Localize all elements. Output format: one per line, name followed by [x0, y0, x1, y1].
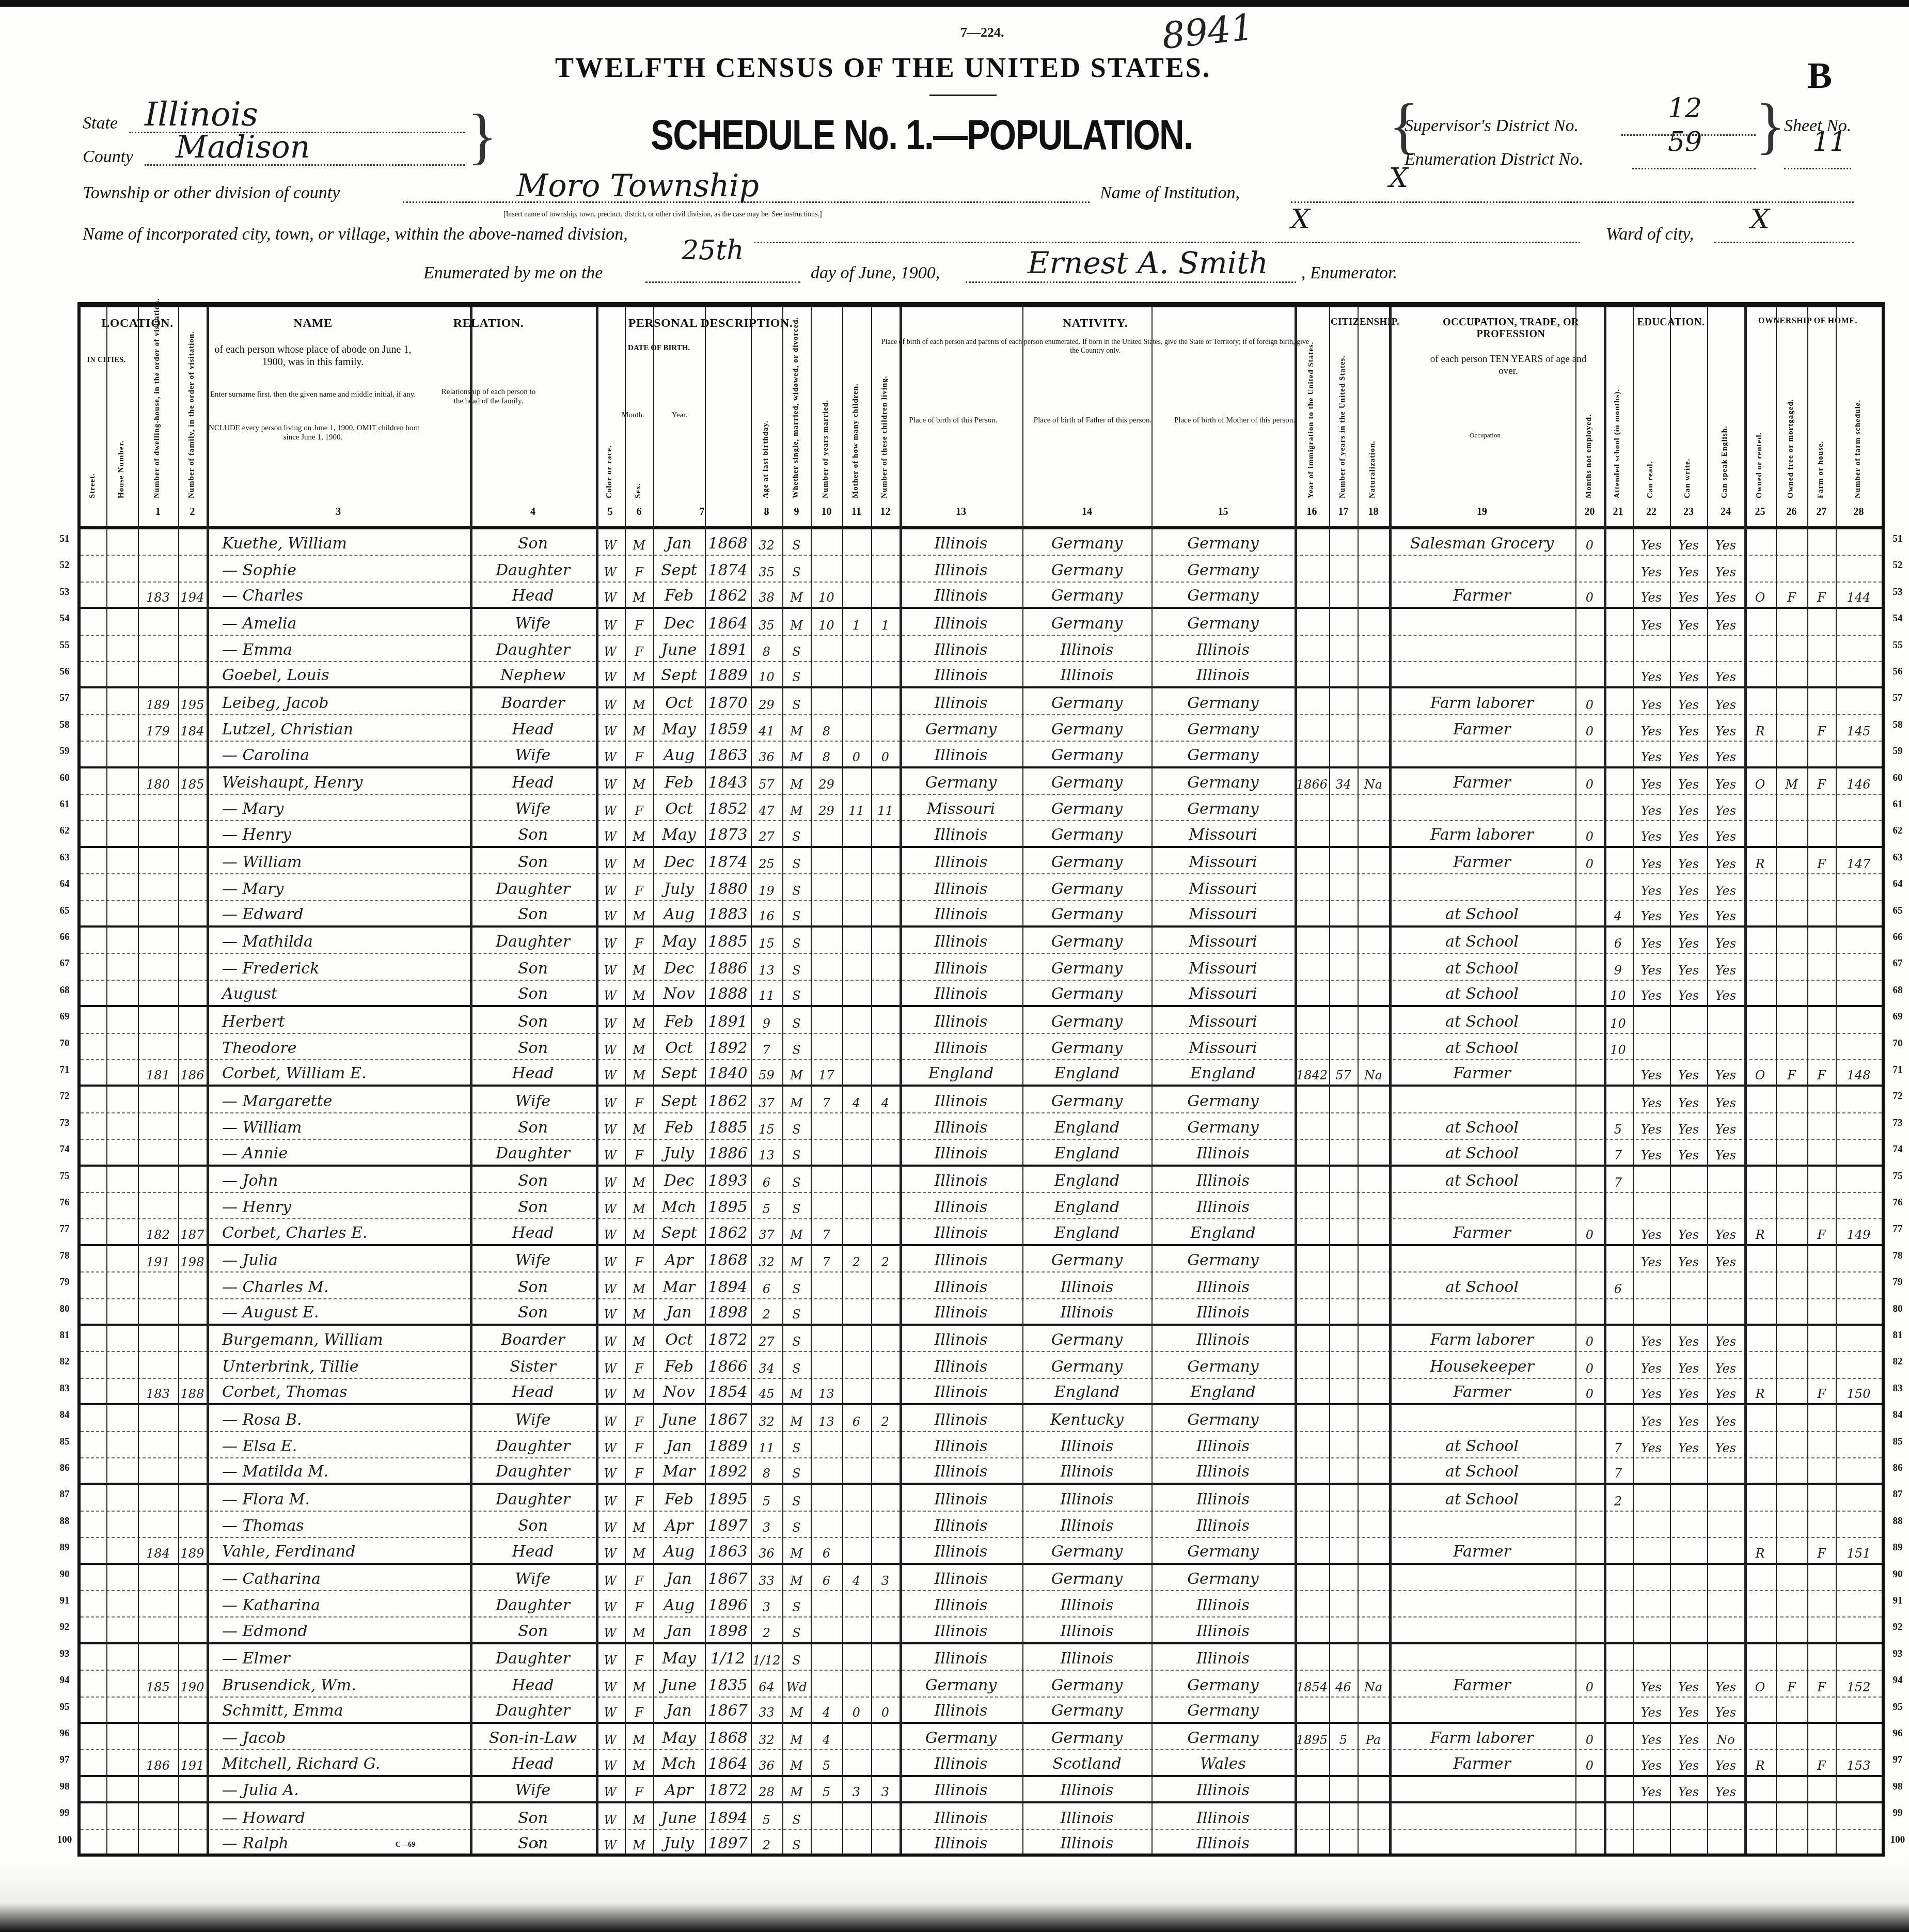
column-divider	[1633, 307, 1634, 1854]
cell-imm	[1295, 1591, 1329, 1616]
cell-age: 5	[751, 1193, 782, 1218]
cell-cl	[871, 1512, 900, 1537]
cell-pobm: Missouri	[1151, 981, 1295, 1005]
header-occupation: OCCUPATION, TRADE, OR PROFESSION	[1415, 317, 1606, 340]
cell-unemp	[1575, 1512, 1604, 1537]
cell-relation: Sister	[470, 1352, 596, 1377]
cell-school	[1604, 1326, 1632, 1351]
cell-ym: 29	[811, 768, 842, 794]
column-divider	[1329, 307, 1330, 1854]
cell-write	[1670, 1193, 1707, 1218]
cell-eng	[1707, 1485, 1744, 1510]
cell-write	[1670, 1565, 1707, 1590]
cell-month: June	[653, 1671, 705, 1696]
cell-relation: Son	[470, 901, 596, 925]
cell-pobm: Germany	[1151, 583, 1295, 607]
cell-pobf: Germany	[1022, 1087, 1151, 1112]
cell-yrs	[1329, 901, 1358, 925]
cell-cl: 11	[871, 795, 900, 820]
cell-marital: M	[782, 1777, 811, 1801]
cell-fsched: 149	[1836, 1219, 1882, 1244]
cell-cl	[871, 1299, 900, 1324]
cell-color: W	[596, 1273, 624, 1298]
cell-nat	[1358, 1777, 1389, 1801]
cell-relation: Son	[470, 1034, 596, 1059]
line-number-left: 89	[52, 1542, 77, 1553]
cell-fsched	[1836, 529, 1882, 555]
cell-fsched	[1836, 1565, 1882, 1590]
cell-farm: F	[1807, 1379, 1836, 1403]
cell-month: Mch	[653, 1193, 705, 1218]
cell-year: 1891	[705, 636, 751, 661]
header-house: House Number.	[117, 364, 126, 498]
cell-month: Dec	[653, 609, 705, 634]
cell-occ: at School	[1389, 1485, 1575, 1510]
cell-pobm: Germany	[1151, 556, 1295, 581]
cell-dwelling	[138, 1273, 178, 1298]
cell-dwelling: 184	[138, 1538, 178, 1562]
cell-farm	[1807, 1644, 1836, 1670]
cell-school	[1604, 1352, 1632, 1377]
cell-farm	[1807, 1193, 1836, 1218]
cell-relation: Son	[470, 1830, 596, 1855]
cell-pobf: Illinois	[1022, 1591, 1151, 1616]
cell-relation: Daughter	[470, 636, 596, 661]
cell-marital: S	[782, 556, 811, 581]
cell-fsched	[1836, 1803, 1882, 1829]
cell-occ: Housekeeper	[1389, 1352, 1575, 1377]
cell-color: W	[596, 1432, 624, 1457]
cell-family: 187	[178, 1219, 207, 1244]
header-relation: RELATION.	[432, 317, 545, 331]
cell-imm	[1295, 715, 1329, 741]
cell-sex: M	[625, 1750, 653, 1774]
cell-sex: F	[625, 1565, 653, 1590]
cell-ym	[811, 1485, 842, 1510]
cell-fsched	[1836, 901, 1882, 925]
line-number-left: 72	[52, 1091, 77, 1102]
cell-ym	[811, 1644, 842, 1670]
cell-name: Kuethe, William	[207, 529, 470, 555]
cell-eng	[1707, 1644, 1744, 1670]
cell-pobf: Germany	[1022, 609, 1151, 634]
column-number: 7	[653, 506, 751, 518]
table-row: — Elsa E.DaughterWFJan188911SIllinoisIll…	[81, 1432, 1882, 1458]
cell-read: Yes	[1633, 928, 1670, 953]
line-number-left: 51	[52, 533, 77, 545]
cell-color: W	[596, 1512, 624, 1537]
cell-cb	[842, 1485, 871, 1510]
cell-write: Yes	[1670, 1087, 1707, 1112]
cell-name: — Amelia	[207, 609, 470, 634]
table-row: 184189Vahle, FerdinandHeadWMAug186336M6I…	[81, 1538, 1882, 1564]
cell-cb	[842, 1007, 871, 1032]
cell-unemp	[1575, 1246, 1604, 1271]
cell-marital: M	[782, 1246, 811, 1271]
cell-yrs	[1329, 609, 1358, 634]
cell-name: Mitchell, Richard G.	[207, 1750, 470, 1774]
cell-pobf: Germany	[1022, 821, 1151, 845]
cell-read: Yes	[1633, 609, 1670, 634]
cell-relation: Head	[470, 1219, 596, 1244]
line-number-right: 92	[1885, 1622, 1909, 1633]
cell-year: 1868	[705, 1724, 751, 1749]
cell-imm	[1295, 1167, 1329, 1192]
line-number-left: 98	[52, 1781, 77, 1793]
cell-pob: Illinois	[900, 1777, 1022, 1801]
cell-pobm: Germany	[1151, 1087, 1295, 1112]
line-number-left: 92	[52, 1622, 77, 1633]
cell-ym	[811, 1034, 842, 1059]
cell-marital: M	[782, 768, 811, 794]
table-row: — EmmaDaughterWFJune18918SIllinoisIllino…	[81, 636, 1882, 662]
header-name: NAME	[194, 317, 432, 331]
column-number: 15	[1151, 506, 1295, 518]
county-value: Madison	[176, 129, 310, 165]
cell-imm	[1295, 1777, 1329, 1801]
cell-name: Schmitt, Emma	[207, 1698, 470, 1722]
cell-farm	[1807, 556, 1836, 581]
header-nativity: NATIVITY.	[876, 317, 1315, 331]
cell-yrs	[1329, 1644, 1358, 1670]
header-occupation-sub: Occupation	[1421, 431, 1550, 439]
cell-yrs	[1329, 1352, 1358, 1377]
cell-family: 186	[178, 1060, 207, 1085]
cell-school	[1604, 1591, 1632, 1616]
cell-color: W	[596, 715, 624, 741]
cell-cb	[842, 1591, 871, 1616]
cell-imm: 1866	[1295, 768, 1329, 794]
cell-ym	[811, 1113, 842, 1139]
table-row: — AnnieDaughterWFJuly188613SIllinoisEngl…	[81, 1140, 1882, 1166]
cell-dwelling: 186	[138, 1750, 178, 1774]
cell-ym	[811, 1591, 842, 1616]
cell-imm	[1295, 1617, 1329, 1642]
cell-month: Jan	[653, 529, 705, 555]
enumerated-month: day of June, 1900,	[811, 263, 940, 283]
cell-cl	[871, 1591, 900, 1616]
cell-family	[178, 1113, 207, 1139]
cell-color: W	[596, 609, 624, 634]
cell-relation: Son-in-Law	[470, 1724, 596, 1749]
column-divider	[871, 307, 872, 1854]
cell-farm	[1807, 1485, 1836, 1510]
cell-pobm: Illinois	[1151, 1299, 1295, 1324]
cell-read: Yes	[1633, 1326, 1670, 1351]
cell-cl: 3	[871, 1777, 900, 1801]
cell-pobm: England	[1151, 1060, 1295, 1085]
township-label: Township or other division of county	[83, 183, 340, 203]
cell-eng	[1707, 1565, 1744, 1590]
cell-dwelling	[138, 1591, 178, 1616]
cell-name: — Sophie	[207, 556, 470, 581]
cell-cl	[871, 688, 900, 714]
cell-age: 13	[751, 954, 782, 979]
cell-name: — Ralph	[207, 1830, 470, 1855]
cell-school	[1604, 1617, 1632, 1642]
cell-imm	[1295, 1512, 1329, 1537]
cell-unemp	[1575, 1485, 1604, 1510]
cell-marital: S	[782, 1299, 811, 1324]
cell-imm	[1295, 1140, 1329, 1164]
cell-age: 9	[751, 1007, 782, 1032]
cell-color: W	[596, 874, 624, 900]
cell-fsched	[1836, 1777, 1882, 1801]
cell-relation: Son	[470, 1299, 596, 1324]
cell-imm	[1295, 1803, 1329, 1829]
cell-marital: S	[782, 1803, 811, 1829]
cell-dwelling	[138, 609, 178, 634]
cell-pobf: Germany	[1022, 981, 1151, 1005]
header-dwelling: Number of dwelling-house, in the order o…	[153, 364, 162, 498]
cell-family: 190	[178, 1671, 207, 1696]
cell-occ: at School	[1389, 1273, 1575, 1298]
table-row: Unterbrink, TillieSisterWFFeb186634SIlli…	[81, 1352, 1882, 1378]
table-row: — HowardSonWMJune18945SIllinoisIllinoisI…	[81, 1803, 1882, 1830]
cell-write: Yes	[1670, 1379, 1707, 1403]
cell-occ: Farm laborer	[1389, 1724, 1575, 1749]
cell-write	[1670, 1617, 1707, 1642]
cell-school	[1604, 1060, 1632, 1085]
cell-farm	[1807, 662, 1836, 686]
table-row: — Julia A.WifeWFApr187228M533IllinoisIll…	[81, 1777, 1882, 1803]
line-number-right: 51	[1885, 533, 1909, 545]
cell-cl	[871, 1140, 900, 1164]
cell-pobm: Germany	[1151, 1538, 1295, 1562]
enumeration-line	[1632, 168, 1756, 169]
cell-cl	[871, 848, 900, 873]
cell-pobf: Germany	[1022, 1724, 1151, 1749]
cell-month: Aug	[653, 742, 705, 766]
cell-dwelling	[138, 1617, 178, 1642]
cell-imm	[1295, 742, 1329, 766]
cell-month: June	[653, 1405, 705, 1431]
cell-unemp	[1575, 1591, 1604, 1616]
cell-family	[178, 1193, 207, 1218]
cell-nat	[1358, 1750, 1389, 1774]
cell-school	[1604, 1538, 1632, 1562]
cell-cl	[871, 583, 900, 607]
supervisor-value: 12	[1668, 93, 1702, 124]
cell-own	[1744, 821, 1776, 845]
cell-month: May	[653, 821, 705, 845]
cell-eng: Yes	[1707, 529, 1744, 555]
cell-unemp	[1575, 1617, 1604, 1642]
column-number: 21	[1604, 506, 1632, 518]
cell-month: Oct	[653, 795, 705, 820]
cell-read: Yes	[1633, 742, 1670, 766]
cell-occ: Farm laborer	[1389, 1326, 1575, 1351]
header-school: Attended school (in months).	[1613, 364, 1622, 498]
cell-dwelling	[138, 901, 178, 925]
cell-read	[1633, 1299, 1670, 1324]
cell-write: Yes	[1670, 1432, 1707, 1457]
cell-color: W	[596, 1326, 624, 1351]
cell-imm	[1295, 1458, 1329, 1483]
cell-yrs	[1329, 1113, 1358, 1139]
cell-unemp	[1575, 1698, 1604, 1722]
cell-ym	[811, 1140, 842, 1164]
cell-ym: 5	[811, 1750, 842, 1774]
cell-name: Brusendick, Wm.	[207, 1671, 470, 1696]
cell-school	[1604, 1379, 1632, 1403]
cell-eng	[1707, 1299, 1744, 1324]
cell-age: 45	[751, 1379, 782, 1403]
cell-year: 1870	[705, 688, 751, 714]
cell-year: 1863	[705, 1538, 751, 1562]
cell-school	[1604, 1724, 1632, 1749]
cell-sex: M	[625, 715, 653, 741]
cell-occ: Farmer	[1389, 1060, 1575, 1085]
line-number-right: 82	[1885, 1356, 1909, 1368]
cell-occ: at School	[1389, 954, 1575, 979]
cell-pob: Illinois	[900, 1644, 1022, 1670]
cell-year: 1867	[705, 1698, 751, 1722]
column-divider	[1776, 307, 1777, 1854]
column-number: 17	[1329, 506, 1358, 518]
cell-family	[178, 1087, 207, 1112]
cell-sex: F	[625, 1777, 653, 1801]
cell-farm	[1807, 928, 1836, 953]
cell-occ: Farmer	[1389, 1671, 1575, 1696]
cell-nat	[1358, 954, 1389, 979]
cell-color: W	[596, 1803, 624, 1829]
cell-dwelling	[138, 1140, 178, 1164]
cell-color: W	[596, 1087, 624, 1112]
cell-dwelling	[138, 848, 178, 873]
cell-occ	[1389, 1591, 1575, 1616]
cell-month: Mar	[653, 1458, 705, 1483]
table-row: — HenrySonWMMay187327SIllinoisGermanyMis…	[81, 821, 1882, 847]
cell-pob: Illinois	[900, 1405, 1022, 1431]
cell-marital: S	[782, 1830, 811, 1855]
cell-fsched: 147	[1836, 848, 1882, 873]
cell-pobf: England	[1022, 1060, 1151, 1085]
table-row: — MaryWifeWFOct185247M291111MissouriGerm…	[81, 795, 1882, 821]
cell-school	[1604, 1512, 1632, 1537]
cell-eng: Yes	[1707, 662, 1744, 686]
cell-year: 1862	[705, 583, 751, 607]
cell-farm: F	[1807, 583, 1836, 607]
cell-month: May	[653, 928, 705, 953]
cell-nat	[1358, 1803, 1389, 1829]
cell-nat	[1358, 1352, 1389, 1377]
cell-occ	[1389, 1777, 1575, 1801]
cell-mort	[1776, 1167, 1807, 1192]
cell-relation: Head	[470, 583, 596, 607]
table-row: Schmitt, EmmaDaughterWFJan186733M400Illi…	[81, 1698, 1882, 1724]
cell-pobm: Illinois	[1151, 1803, 1295, 1829]
line-number-left: 55	[52, 640, 77, 651]
table-row: — JacobSon-in-LawWMMay186832M4GermanyGer…	[81, 1724, 1882, 1750]
cell-pobf: Germany	[1022, 1565, 1151, 1590]
column-number: 18	[1358, 506, 1389, 518]
cell-pobm: Germany	[1151, 1698, 1295, 1722]
cell-imm	[1295, 795, 1329, 820]
cell-ym	[811, 848, 842, 873]
cell-eng: Yes	[1707, 583, 1744, 607]
cell-pobm: Illinois	[1151, 1432, 1295, 1457]
cell-dwelling	[138, 1458, 178, 1483]
cell-nat	[1358, 795, 1389, 820]
line-number-left: 63	[52, 852, 77, 863]
cell-nat	[1358, 1644, 1389, 1670]
cell-farm: F	[1807, 1750, 1836, 1774]
cell-pob: Illinois	[900, 1698, 1022, 1722]
cell-name: — Edmond	[207, 1617, 470, 1642]
cell-year: 1863	[705, 742, 751, 766]
cell-eng	[1707, 1538, 1744, 1562]
cell-unemp	[1575, 1565, 1604, 1590]
cell-pob: Illinois	[900, 1617, 1022, 1642]
cell-write: Yes	[1670, 1352, 1707, 1377]
cell-pobf: Illinois	[1022, 636, 1151, 661]
cell-own	[1744, 1724, 1776, 1749]
line-number-right: 93	[1885, 1648, 1909, 1660]
cell-write	[1670, 1034, 1707, 1059]
cell-cb	[842, 583, 871, 607]
population-table: LOCATION. IN CITIES. NAME of each person…	[77, 302, 1885, 1857]
cell-mort	[1776, 1193, 1807, 1218]
cell-nat	[1358, 583, 1389, 607]
cell-pob: Illinois	[900, 1007, 1022, 1032]
cell-name: — Julia	[207, 1246, 470, 1271]
cell-yrs	[1329, 981, 1358, 1005]
cell-school	[1604, 1698, 1632, 1722]
column-divider	[178, 307, 179, 1854]
cell-yrs	[1329, 1538, 1358, 1562]
cell-fsched	[1836, 1724, 1882, 1749]
cell-month: Feb	[653, 1352, 705, 1377]
cell-fsched	[1836, 1087, 1882, 1112]
cell-cb	[842, 688, 871, 714]
cell-name: — Katharina	[207, 1591, 470, 1616]
line-number-right: 62	[1885, 825, 1909, 837]
cell-dwelling: 189	[138, 688, 178, 714]
cell-age: 15	[751, 928, 782, 953]
table-row: — Matilda M.DaughterWFMar18928SIllinoisI…	[81, 1458, 1882, 1485]
cell-relation: Son	[470, 1803, 596, 1829]
cell-sex: M	[625, 1219, 653, 1244]
cell-dwelling	[138, 1485, 178, 1510]
cell-farm	[1807, 1326, 1836, 1351]
cell-cl	[871, 1113, 900, 1139]
cell-month: July	[653, 874, 705, 900]
cell-cb	[842, 1671, 871, 1696]
table-row: 182187Corbet, Charles E.HeadWMSept186237…	[81, 1219, 1882, 1246]
line-number-left: 68	[52, 985, 77, 996]
cell-imm	[1295, 609, 1329, 634]
cell-cl: 0	[871, 1698, 900, 1722]
cell-read	[1633, 1830, 1670, 1855]
column-divider	[1670, 307, 1671, 1854]
cell-age: 5	[751, 1485, 782, 1510]
cell-school: 7	[1604, 1432, 1632, 1457]
cell-cl	[871, 636, 900, 661]
cell-pob: Illinois	[900, 583, 1022, 607]
cell-yrs	[1329, 1512, 1358, 1537]
cell-school	[1604, 1193, 1632, 1218]
cell-sex: F	[625, 636, 653, 661]
header-location: LOCATION.	[81, 317, 194, 331]
cell-own	[1744, 1007, 1776, 1032]
cell-dwelling: 183	[138, 583, 178, 607]
header-month: Month.	[607, 411, 659, 420]
cell-year: 1835	[705, 1671, 751, 1696]
line-number-right: 68	[1885, 985, 1909, 996]
cell-write: Yes	[1670, 583, 1707, 607]
cell-fsched: 144	[1836, 583, 1882, 607]
